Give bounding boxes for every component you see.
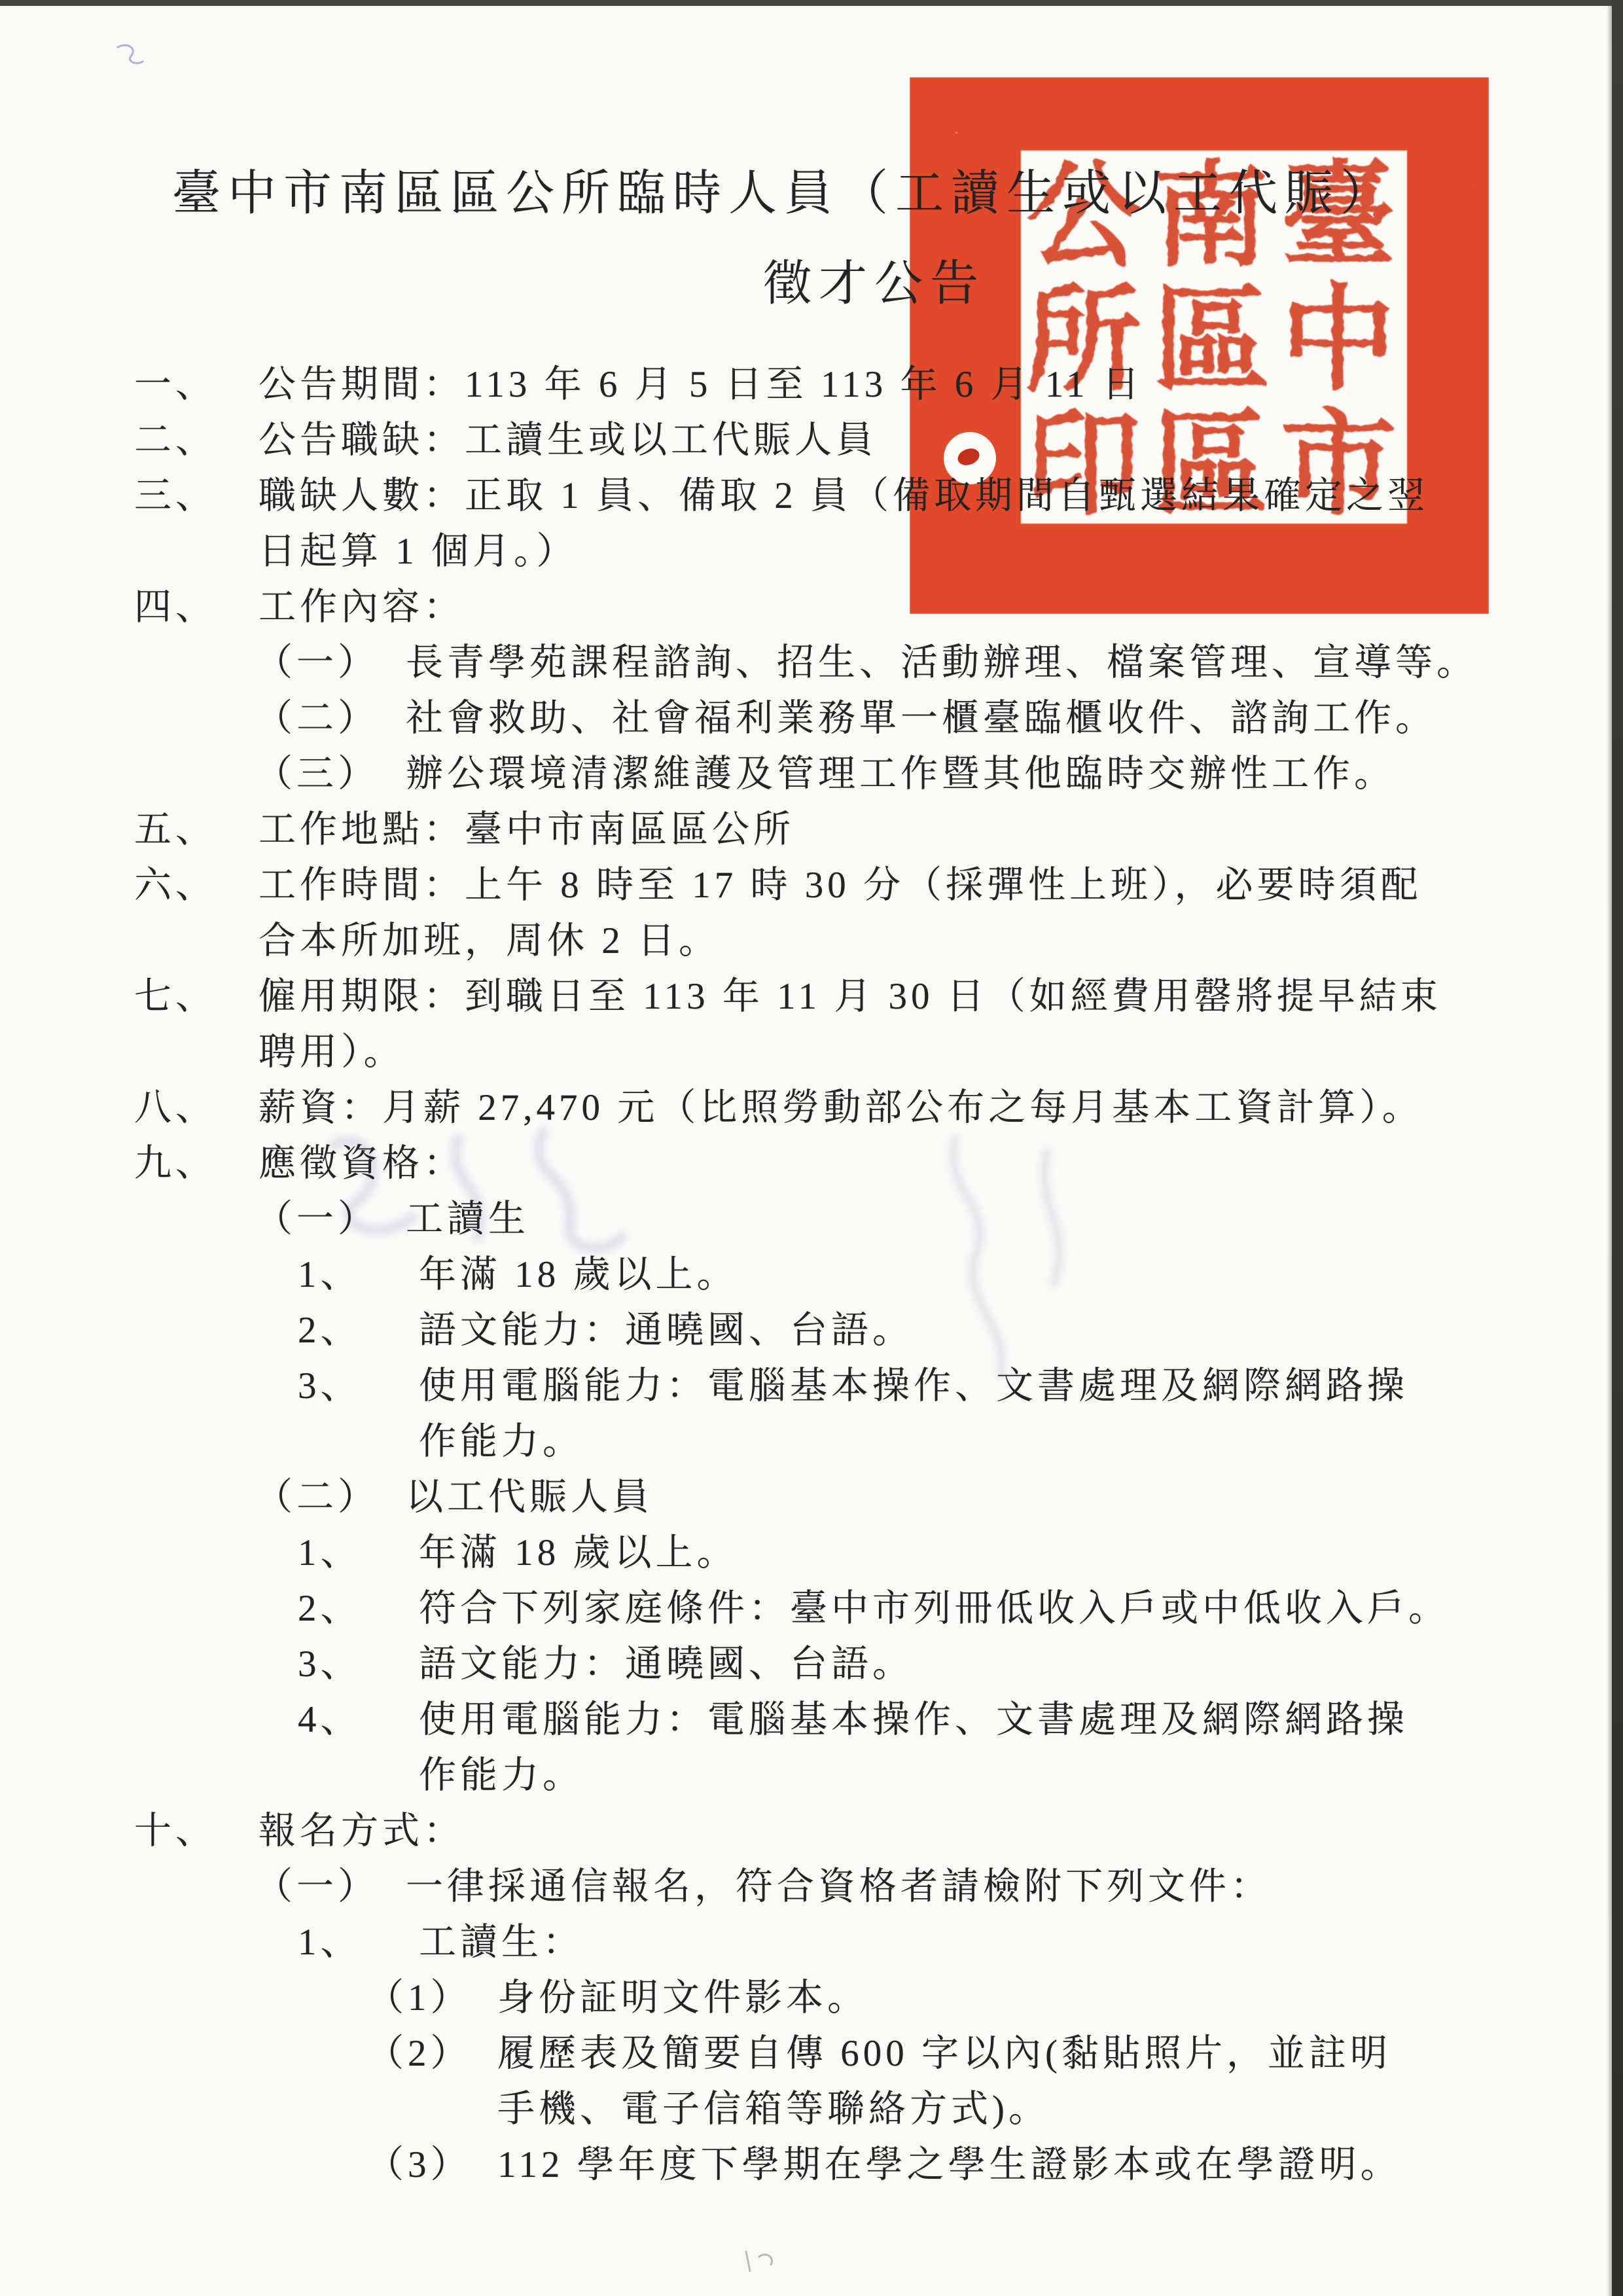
list-item: （1）身份証明文件影本。 <box>0 1970 1623 2026</box>
list-item: （一）長青學苑課程諮詢、招生、活動辦理、檔案管理、宣導等。 <box>0 635 1623 691</box>
list-marker: （三） <box>255 746 406 802</box>
list-item: 1、年滿 18 歲以上。 <box>0 1525 1623 1581</box>
list-text: 112 學年度下學期在學之學生證影本或在學證明。 <box>497 2144 1402 2185</box>
list-text: 公告期間：113 年 6 月 5 日至 113 年 6 月 11 日 <box>259 364 1143 405</box>
ink-speck-bottom-center <box>733 2245 785 2284</box>
list-text: 職缺人數：正取 1 員、備取 2 員（備取期間自甄選結果確定之翌 <box>259 475 1429 516</box>
document-title-line-1: 臺中市南區區公所臨時人員（工讀生或以工代賑） <box>0 154 1596 224</box>
list-item: 九、應徵資格： <box>0 1136 1623 1191</box>
list-text: 作能力。 <box>419 1421 584 1462</box>
list-marker: 2、 <box>298 1581 419 1636</box>
list-text: 以工代賑人員 <box>406 1477 653 1518</box>
list-marker: 一、 <box>134 357 259 412</box>
list-marker: 三、 <box>134 468 259 524</box>
list-item: （2）履歷表及簡要自傳 600 字以內(黏貼照片，並註明 <box>0 2026 1623 2081</box>
list-text: 應徵資格： <box>259 1143 465 1184</box>
list-text: 報名方式： <box>259 1810 465 1852</box>
list-text: 語文能力：通曉國、台語。 <box>419 1643 914 1685</box>
list-text: 履歷表及簡要自傳 600 字以內(黏貼照片，並註明 <box>497 2033 1391 2074</box>
list-item: （三）辦公環境清潔維護及管理工作暨其他臨時交辦性工作。 <box>0 746 1623 802</box>
list-text: 日起算 1 個月。） <box>259 531 578 572</box>
list-item: 合本所加班，周休 2 日。 <box>0 913 1623 969</box>
list-text: 聘用）。 <box>259 1031 405 1073</box>
list-item: 四、工作內容： <box>0 579 1623 635</box>
list-text: 合本所加班，周休 2 日。 <box>259 920 720 961</box>
list-marker: 九、 <box>134 1136 259 1191</box>
list-marker: 十、 <box>134 1803 259 1859</box>
announcement-list: 一、公告期間：113 年 6 月 5 日至 113 年 6 月 11 日二、公告… <box>0 357 1623 2193</box>
list-item: 作能力。 <box>0 1414 1623 1469</box>
list-item: （一）一律採通信報名，符合資格者請檢附下列文件： <box>0 1859 1623 1914</box>
list-item: （一）工讀生 <box>0 1191 1623 1247</box>
list-marker: 七、 <box>134 969 259 1024</box>
list-marker: （一） <box>255 1859 406 1914</box>
list-item: 一、公告期間：113 年 6 月 5 日至 113 年 6 月 11 日 <box>0 357 1623 412</box>
list-marker: 六、 <box>134 857 259 913</box>
list-item: （二）社會救助、社會福利業務單一櫃臺臨櫃收件、諮詢工作。 <box>0 691 1623 746</box>
list-text: 長青學苑課程諮詢、招生、活動辦理、檔案管理、宣導等。 <box>406 642 1478 683</box>
list-marker: 四、 <box>134 579 259 635</box>
list-item: 二、公告職缺：工讀生或以工代賑人員 <box>0 412 1623 468</box>
list-item: 手機、電子信箱等聯絡方式)。 <box>0 2081 1623 2137</box>
list-marker: （二） <box>255 1469 406 1525</box>
list-marker: 八、 <box>134 1080 259 1136</box>
list-item: 六、工作時間：上午 8 時至 17 時 30 分（採彈性上班），必要時須配 <box>0 857 1623 913</box>
list-text: 使用電腦能力：電腦基本操作、文書處理及網際網路操 <box>419 1699 1408 1740</box>
list-text: 符合下列家庭條件：臺中市列冊低收入戶或中低收入戶。 <box>419 1588 1450 1629</box>
list-item: 日起算 1 個月。） <box>0 524 1623 579</box>
list-marker: 1、 <box>298 1525 419 1581</box>
ink-speck-top-left <box>111 39 151 72</box>
list-marker: （2） <box>366 2026 497 2081</box>
list-text: 社會救助、社會福利業務單一櫃臺臨櫃收件、諮詢工作。 <box>406 698 1436 739</box>
list-marker: （3） <box>366 2137 497 2193</box>
list-marker: 3、 <box>298 1636 419 1692</box>
list-text: 身份証明文件影本。 <box>497 1977 868 2018</box>
list-item: （二）以工代賑人員 <box>0 1469 1623 1525</box>
list-text: 作能力。 <box>419 1755 584 1796</box>
list-item: 3、語文能力：通曉國、台語。 <box>0 1636 1623 1692</box>
list-item: 聘用）。 <box>0 1024 1623 1080</box>
list-marker: 1、 <box>298 1247 419 1302</box>
list-marker: （一） <box>255 635 406 691</box>
list-item: 1、工讀生： <box>0 1914 1623 1970</box>
list-text: 手機、電子信箱等聯絡方式)。 <box>497 2089 1050 2130</box>
list-marker: 4、 <box>298 1692 419 1748</box>
list-text: 工作時間：上午 8 時至 17 時 30 分（採彈性上班），必要時須配 <box>259 865 1422 906</box>
list-text: 辦公環境清潔維護及管理工作暨其他臨時交辦性工作。 <box>406 753 1395 795</box>
list-text: 使用電腦能力：電腦基本操作、文書處理及網際網路操 <box>419 1365 1408 1407</box>
list-item: 八、薪資：月薪 27,470 元（比照勞動部公布之每月基本工資計算）。 <box>0 1080 1623 1136</box>
list-item: 作能力。 <box>0 1748 1623 1803</box>
list-marker: （1） <box>366 1970 497 2026</box>
list-text: 年滿 18 歲以上。 <box>419 1254 738 1295</box>
list-marker: 3、 <box>298 1358 419 1414</box>
list-item: 十、報名方式： <box>0 1803 1623 1859</box>
list-item: 五、工作地點：臺中市南區區公所 <box>0 802 1623 857</box>
list-item: （3）112 學年度下學期在學之學生證影本或在學證明。 <box>0 2137 1623 2193</box>
list-item: 1、年滿 18 歲以上。 <box>0 1247 1623 1302</box>
scan-edge-top <box>0 0 1623 6</box>
list-text: 年滿 18 歲以上。 <box>419 1532 738 1573</box>
list-item: 2、語文能力：通曉國、台語。 <box>0 1302 1623 1358</box>
list-text: 一律採通信報名，符合資格者請檢附下列文件： <box>406 1866 1272 1907</box>
list-marker: 五、 <box>134 802 259 857</box>
list-text: 語文能力：通曉國、台語。 <box>419 1310 914 1351</box>
list-text: 薪資：月薪 27,470 元（比照勞動部公布之每月基本工資計算）。 <box>259 1087 1423 1128</box>
list-marker: （二） <box>255 691 406 746</box>
list-item: 4、使用電腦能力：電腦基本操作、文書處理及網際網路操 <box>0 1692 1623 1748</box>
list-text: 工讀生： <box>419 1922 584 1963</box>
list-marker: 2、 <box>298 1302 419 1358</box>
list-item: 七、僱用期限：到職日至 113 年 11 月 30 日（如經費用罄將提早結束 <box>0 969 1623 1024</box>
list-marker: 二、 <box>134 412 259 468</box>
list-marker: 1、 <box>298 1914 419 1970</box>
list-text: 僱用期限：到職日至 113 年 11 月 30 日（如經費用罄將提早結束 <box>259 976 1442 1017</box>
document-title-line-2: 徵才公告 <box>63 245 1623 314</box>
list-item: 2、符合下列家庭條件：臺中市列冊低收入戶或中低收入戶。 <box>0 1581 1623 1636</box>
list-text: 工作地點：臺中市南區區公所 <box>259 809 794 850</box>
page-scan: { "doc": { "title_line1": "臺中市南區區公所臨時人員（… <box>0 0 1623 2296</box>
list-text: 工作內容： <box>259 586 465 628</box>
list-text: 公告職缺：工讀生或以工代賑人員 <box>259 420 877 461</box>
list-item: 3、使用電腦能力：電腦基本操作、文書處理及網際網路操 <box>0 1358 1623 1414</box>
list-item: 三、職缺人數：正取 1 員、備取 2 員（備取期間自甄選結果確定之翌 <box>0 468 1623 524</box>
list-marker: （一） <box>255 1191 406 1247</box>
list-text: 工讀生 <box>406 1198 529 1240</box>
